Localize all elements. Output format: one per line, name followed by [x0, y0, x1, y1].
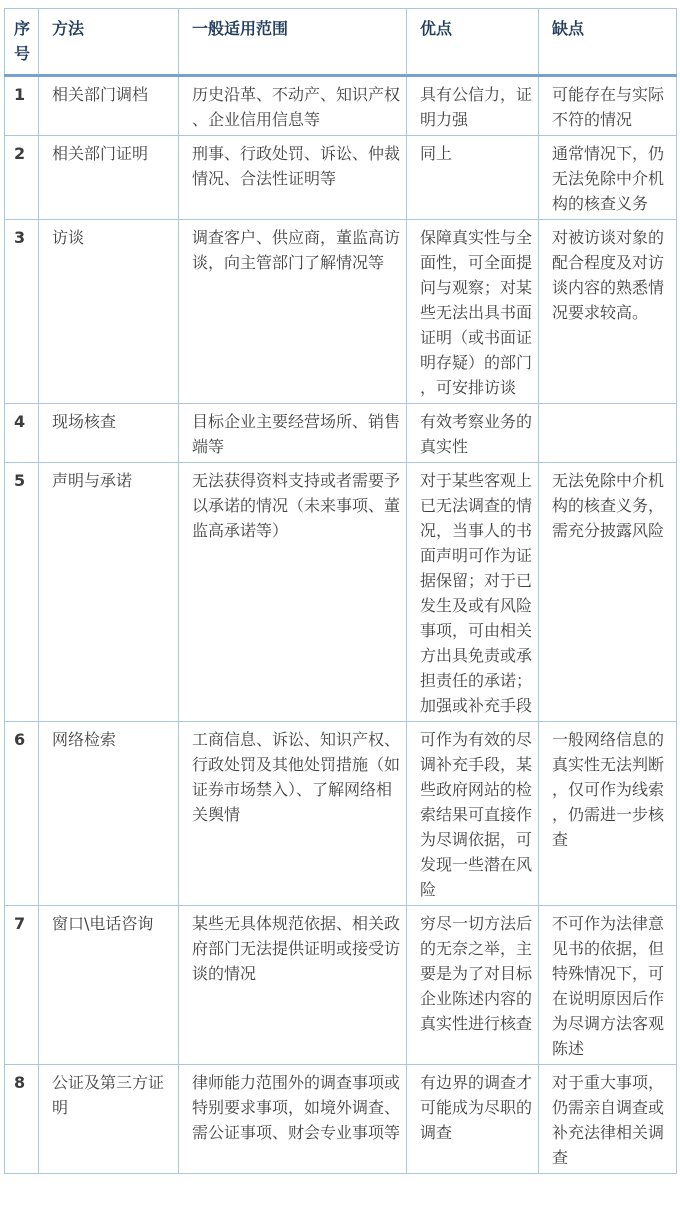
cell-cons: 可能存在与实际不符的情况: [539, 76, 677, 136]
cell-scope: 无法获得资料支持或者需要予以承诺的情况（未来事项、董监高承诺等）: [179, 463, 407, 722]
cell-pros: 有边界的调查才可能成为尽职的调查: [407, 1065, 539, 1174]
cell-scope: 刑事、行政处罚、诉讼、仲裁情况、合法性证明等: [179, 136, 407, 220]
col-header-pros: 优点: [407, 9, 539, 76]
cell-cons: 对于重大事项，仍需亲自调查或补充法律相关调查: [539, 1065, 677, 1174]
due-diligence-methods-table: 序号 方法 一般适用范围 优点 缺点 1 相关部门调档 历史沿革、不动产、知识产…: [4, 8, 677, 1174]
cell-number: 5: [5, 463, 39, 722]
cell-cons: 无法免除中介机构的核查义务，需充分披露风险: [539, 463, 677, 722]
col-header-cons: 缺点: [539, 9, 677, 76]
cell-pros: 保障真实性与全面性，可全面提问与观察；对某些无法出具书面证明（或书面证明存疑）的…: [407, 220, 539, 404]
table-row: 4 现场核查 目标企业主要经营场所、销售端等 有效考察业务的真实性: [5, 404, 677, 463]
cell-number: 7: [5, 906, 39, 1065]
cell-pros: 同上: [407, 136, 539, 220]
table-row: 2 相关部门证明 刑事、行政处罚、诉讼、仲裁情况、合法性证明等 同上 通常情况下…: [5, 136, 677, 220]
cell-scope: 目标企业主要经营场所、销售端等: [179, 404, 407, 463]
cell-number: 6: [5, 722, 39, 906]
cell-pros: 穷尽一切方法后的无奈之举，主要是为了对目标企业陈述内容的真实性进行核查: [407, 906, 539, 1065]
col-header-method: 方法: [39, 9, 179, 76]
cell-number: 3: [5, 220, 39, 404]
table-row: 6 网络检索 工商信息、诉讼、知识产权、行政处罚及其他处罚措施（如证券市场禁入）…: [5, 722, 677, 906]
cell-number: 2: [5, 136, 39, 220]
table-row: 8 公证及第三方证明 律师能力范围外的调查事项或特别要求事项，如境外调查、需公证…: [5, 1065, 677, 1174]
cell-scope: 工商信息、诉讼、知识产权、行政处罚及其他处罚措施（如证券市场禁入）、了解网络相关…: [179, 722, 407, 906]
cell-scope: 某些无具体规范依据、相关政府部门无法提供证明或接受访谈的情况: [179, 906, 407, 1065]
cell-pros: 具有公信力，证明力强: [407, 76, 539, 136]
table-body: 1 相关部门调档 历史沿革、不动产、知识产权、企业信用信息等 具有公信力，证明力…: [5, 76, 677, 1174]
due-diligence-table-page: 序号 方法 一般适用范围 优点 缺点 1 相关部门调档 历史沿革、不动产、知识产…: [0, 0, 680, 1230]
cell-method: 相关部门调档: [39, 76, 179, 136]
cell-pros: 有效考察业务的真实性: [407, 404, 539, 463]
cell-number: 8: [5, 1065, 39, 1174]
cell-scope: 调查客户、供应商，董监高访谈，向主管部门了解情况等: [179, 220, 407, 404]
cell-method: 声明与承诺: [39, 463, 179, 722]
cell-cons: 对被访谈对象的配合程度及对访谈内容的熟悉情况要求较高。: [539, 220, 677, 404]
cell-method: 现场核查: [39, 404, 179, 463]
cell-cons: 一般网络信息的真实性无法判断，仅可作为线索，仍需进一步核查: [539, 722, 677, 906]
cell-method: 相关部门证明: [39, 136, 179, 220]
cell-method: 公证及第三方证明: [39, 1065, 179, 1174]
cell-pros: 对于某些客观上已无法调查的情况，当事人的书面声明可作为证据保留；对于已发生及或有…: [407, 463, 539, 722]
table-row: 7 窗口\电话咨询 某些无具体规范依据、相关政府部门无法提供证明或接受访谈的情况…: [5, 906, 677, 1065]
cell-scope: 历史沿革、不动产、知识产权、企业信用信息等: [179, 76, 407, 136]
cell-method: 网络检索: [39, 722, 179, 906]
table-row: 5 声明与承诺 无法获得资料支持或者需要予以承诺的情况（未来事项、董监高承诺等）…: [5, 463, 677, 722]
col-header-number: 序号: [5, 9, 39, 76]
table-row: 1 相关部门调档 历史沿革、不动产、知识产权、企业信用信息等 具有公信力，证明力…: [5, 76, 677, 136]
table-header: 序号 方法 一般适用范围 优点 缺点: [5, 9, 677, 76]
cell-method: 访谈: [39, 220, 179, 404]
cell-number: 4: [5, 404, 39, 463]
col-header-scope: 一般适用范围: [179, 9, 407, 76]
cell-cons: [539, 404, 677, 463]
cell-cons: 不可作为法律意见书的依据，但特殊情况下，可在说明原因后作为尽调方法客观陈述: [539, 906, 677, 1065]
cell-pros: 可作为有效的尽调补充手段，某些政府网站的检索结果可直接作为尽调依据，可发现一些潜…: [407, 722, 539, 906]
table-row: 3 访谈 调查客户、供应商，董监高访谈，向主管部门了解情况等 保障真实性与全面性…: [5, 220, 677, 404]
header-row: 序号 方法 一般适用范围 优点 缺点: [5, 9, 677, 76]
cell-number: 1: [5, 76, 39, 136]
cell-cons: 通常情况下，仍无法免除中介机构的核查义务: [539, 136, 677, 220]
cell-method: 窗口\电话咨询: [39, 906, 179, 1065]
cell-scope: 律师能力范围外的调查事项或特别要求事项，如境外调查、需公证事项、财会专业事项等: [179, 1065, 407, 1174]
